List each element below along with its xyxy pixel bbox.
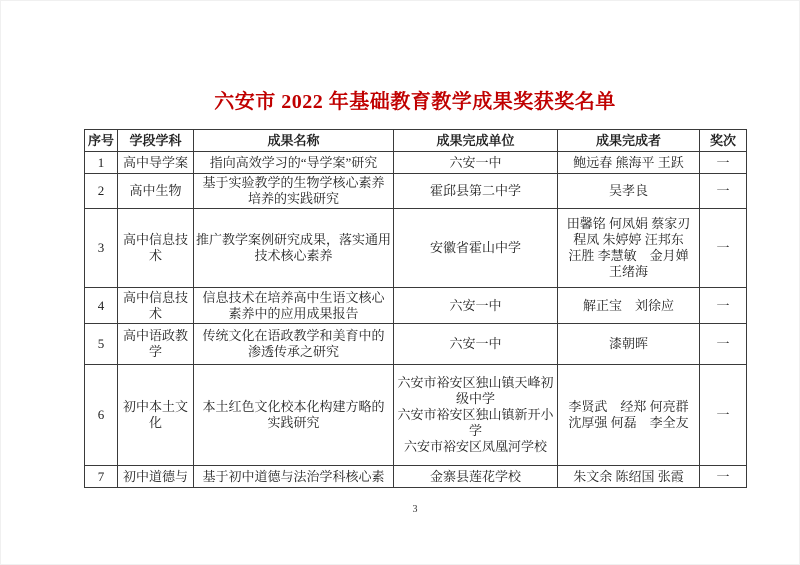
cell-subject: 高中导学案 bbox=[118, 152, 194, 174]
cell-subject: 高中信息技 术 bbox=[118, 288, 194, 324]
column-header-name: 成果名称 bbox=[194, 130, 394, 152]
cell-authors: 田馨铭 何凤娟 蔡家刃 程凤 朱婷婷 汪邦东 汪胜 李慧敏 金月婵 王绪海 bbox=[558, 209, 700, 288]
cell-unit: 六安一中 bbox=[394, 152, 558, 174]
cell-subject: 高中语政教 学 bbox=[118, 324, 194, 365]
table-row: 4 高中信息技 术 信息技术在培养高中生语文核心 素养中的应用成果报告 六安一中… bbox=[85, 288, 747, 324]
cell-name: 基于初中道德与法治学科核心素 bbox=[194, 466, 394, 488]
table-row: 1 高中导学案 指向高效学习的“导学案”研究 六安一中 鲍远春 熊海平 王跃 一 bbox=[85, 152, 747, 174]
column-header-authors: 成果完成者 bbox=[558, 130, 700, 152]
cell-unit: 安徽省霍山中学 bbox=[394, 209, 558, 288]
cell-no: 3 bbox=[85, 209, 118, 288]
table-row: 7 初中道德与 基于初中道德与法治学科核心素 金寨县莲花学校 朱文余 陈绍国 张… bbox=[85, 466, 747, 488]
cell-authors: 朱文余 陈绍国 张霞 bbox=[558, 466, 700, 488]
cell-award: 一 bbox=[700, 174, 747, 209]
cell-authors: 吴孝良 bbox=[558, 174, 700, 209]
cell-name: 传统文化在语政教学和美育中的 渗透传承之研究 bbox=[194, 324, 394, 365]
column-header-award: 奖次 bbox=[700, 130, 747, 152]
table-row: 6 初中本土文 化 本土红色文化校本化构建方略的 实践研究 六安市裕安区独山镇天… bbox=[85, 365, 747, 466]
cell-unit: 霍邱县第二中学 bbox=[394, 174, 558, 209]
page-title: 六安市 2022 年基础教育教学成果奖获奖名单 bbox=[84, 89, 746, 115]
cell-unit: 六安市裕安区独山镇天峰初 级中学 六安市裕安区独山镇新开小 学 六安市裕安区凤凰… bbox=[394, 365, 558, 466]
cell-name: 推广教学案例研究成果，落实通用 技术核心素养 bbox=[194, 209, 394, 288]
cell-unit: 六安一中 bbox=[394, 288, 558, 324]
page-number: 3 bbox=[84, 504, 746, 515]
cell-authors: 漆朝晖 bbox=[558, 324, 700, 365]
cell-award: 一 bbox=[700, 365, 747, 466]
cell-award: 一 bbox=[700, 209, 747, 288]
cell-no: 5 bbox=[85, 324, 118, 365]
cell-subject: 初中道德与 bbox=[118, 466, 194, 488]
cell-authors: 解正宝 刘徐应 bbox=[558, 288, 700, 324]
cell-award: 一 bbox=[700, 324, 747, 365]
cell-name: 本土红色文化校本化构建方略的 实践研究 bbox=[194, 365, 394, 466]
table-header-row: 序号 学段学科 成果名称 成果完成单位 成果完成者 奖次 bbox=[85, 130, 747, 152]
table-row: 3 高中信息技 术 推广教学案例研究成果，落实通用 技术核心素养 安徽省霍山中学… bbox=[85, 209, 747, 288]
cell-no: 1 bbox=[85, 152, 118, 174]
cell-authors: 李贤武 经郑 何亮群 沈厚强 何磊 李全友 bbox=[558, 365, 700, 466]
document-page: 六安市 2022 年基础教育教学成果奖获奖名单 序号 学段学科 成果名称 成果完… bbox=[0, 0, 800, 565]
cell-no: 7 bbox=[85, 466, 118, 488]
cell-name: 指向高效学习的“导学案”研究 bbox=[194, 152, 394, 174]
cell-unit: 金寨县莲花学校 bbox=[394, 466, 558, 488]
table-row: 5 高中语政教 学 传统文化在语政教学和美育中的 渗透传承之研究 六安一中 漆朝… bbox=[85, 324, 747, 365]
column-header-unit: 成果完成单位 bbox=[394, 130, 558, 152]
cell-award: 一 bbox=[700, 288, 747, 324]
awards-table: 序号 学段学科 成果名称 成果完成单位 成果完成者 奖次 1 高中导学案 指向高… bbox=[84, 129, 747, 488]
column-header-subject: 学段学科 bbox=[118, 130, 194, 152]
cell-no: 2 bbox=[85, 174, 118, 209]
column-header-no: 序号 bbox=[85, 130, 118, 152]
cell-unit: 六安一中 bbox=[394, 324, 558, 365]
table-row: 2 高中生物 基于实验教学的生物学核心素养 培养的实践研究 霍邱县第二中学 吴孝… bbox=[85, 174, 747, 209]
cell-no: 6 bbox=[85, 365, 118, 466]
cell-subject: 初中本土文 化 bbox=[118, 365, 194, 466]
cell-authors: 鲍远春 熊海平 王跃 bbox=[558, 152, 700, 174]
cell-name: 基于实验教学的生物学核心素养 培养的实践研究 bbox=[194, 174, 394, 209]
cell-award: 一 bbox=[700, 466, 747, 488]
cell-name: 信息技术在培养高中生语文核心 素养中的应用成果报告 bbox=[194, 288, 394, 324]
cell-subject: 高中信息技 术 bbox=[118, 209, 194, 288]
cell-award: 一 bbox=[700, 152, 747, 174]
cell-subject: 高中生物 bbox=[118, 174, 194, 209]
cell-no: 4 bbox=[85, 288, 118, 324]
